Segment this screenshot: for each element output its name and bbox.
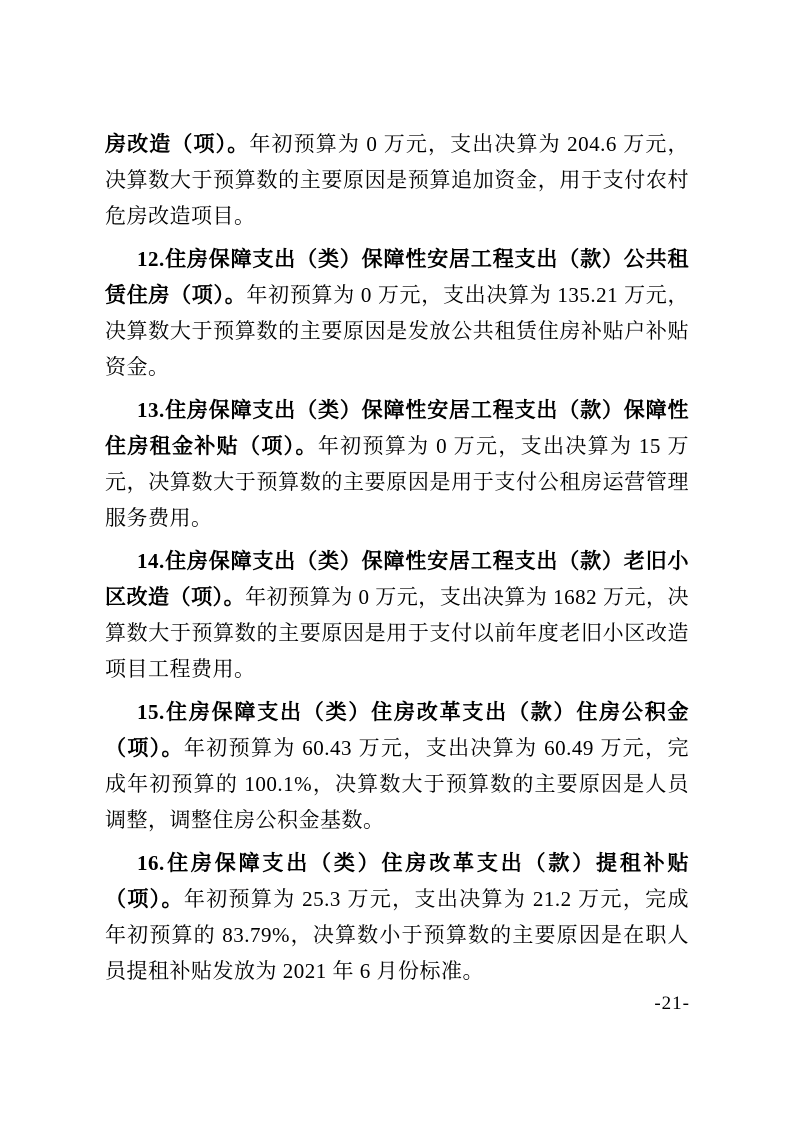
paragraph: 14.住房保障支出（类）保障性安居工程支出（款）老旧小区改造（项）。年初预算为 … [105,543,689,687]
document-body: 房改造（项）。年初预算为 0 万元，支出决算为 204.6 万元，决算数大于预算… [105,126,689,996]
paragraph-heading: 房改造（项）。 [105,132,249,156]
paragraph: 15.住房保障支出（类）住房改革支出（款）住房公积金（项）。年初预算为 60.4… [105,694,689,838]
paragraph: 房改造（项）。年初预算为 0 万元，支出决算为 204.6 万元，决算数大于预算… [105,126,689,234]
document-page: 房改造（项）。年初预算为 0 万元，支出决算为 204.6 万元，决算数大于预算… [0,0,793,1122]
paragraph-text: 年初预算为 60.43 万元，支出决算为 60.49 万元，完成年初预算的 10… [105,736,689,832]
page-number: -21- [654,992,690,1016]
paragraph: 12.住房保障支出（类）保障性安居工程支出（款）公共租赁住房（项）。年初预算为 … [105,241,689,385]
paragraph-text: 年初预算为 25.3 万元，支出决算为 21.2 万元，完成年初预算的 83.7… [105,887,689,983]
paragraph: 16.住房保障支出（类）住房改革支出（款）提租补贴（项）。年初预算为 25.3 … [105,845,689,989]
paragraph: 13.住房保障支出（类）保障性安居工程支出（款）保障性住房租金补贴（项）。年初预… [105,392,689,536]
